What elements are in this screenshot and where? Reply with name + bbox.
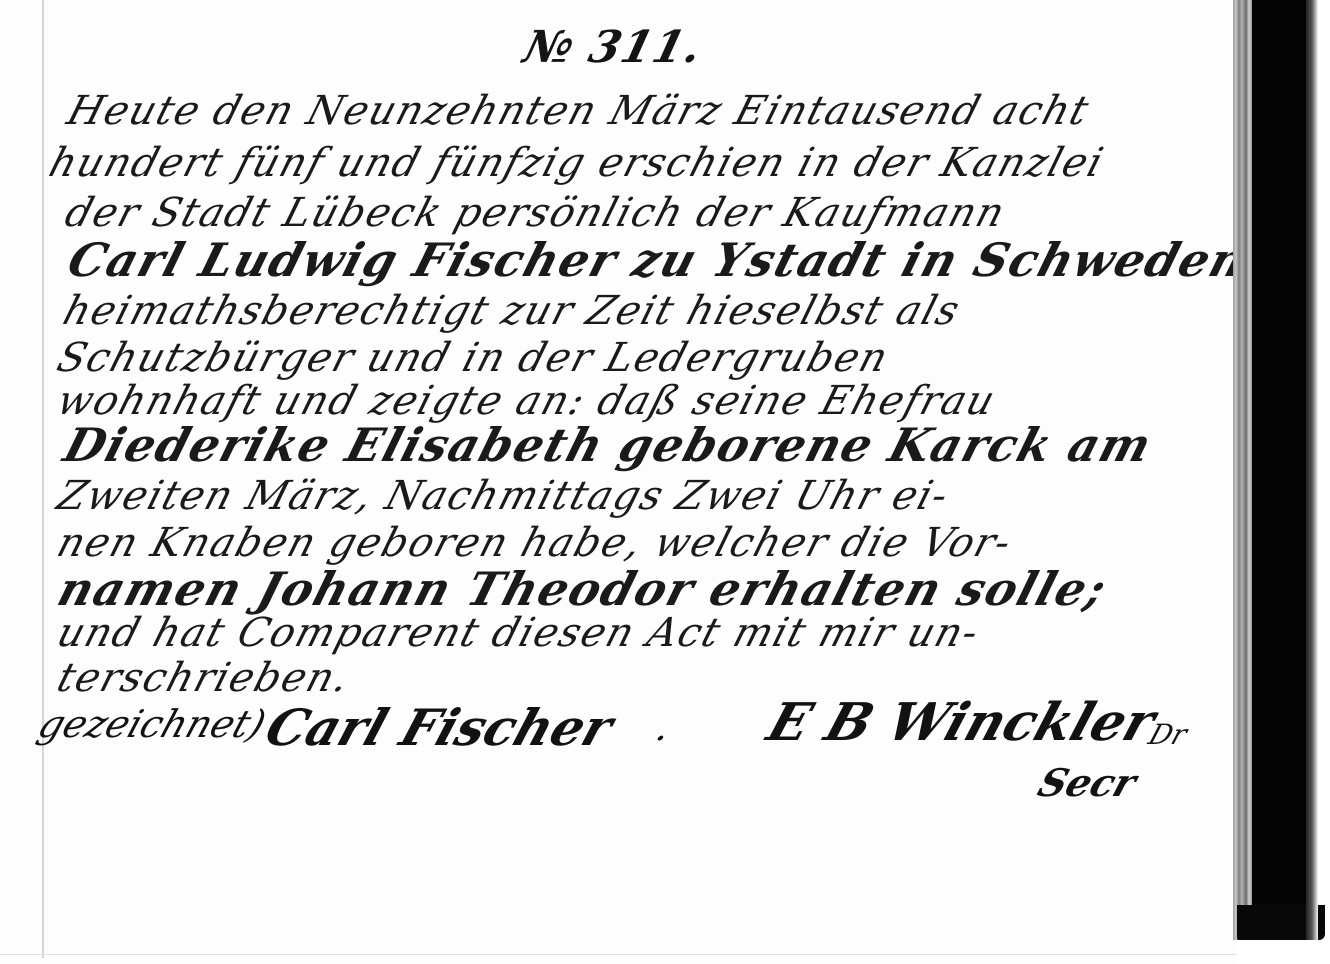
book-binding-edge (1306, 0, 1318, 940)
declarant-signature-dot: . (651, 705, 677, 749)
text-line-5: heimathsberechtigt zur Zeit hieselbst al… (58, 288, 966, 334)
margin-rule (42, 0, 44, 958)
text-line-2: hundert fünf und fünfzig erschien in der… (44, 140, 1109, 186)
page-gutter (1233, 0, 1253, 940)
text-line-6: Schutzbürger und in der Ledergruben (52, 335, 894, 381)
bottom-rule (0, 954, 1236, 955)
text-line-1: Heute den Neunzehnten März Eintausend ac… (62, 88, 1095, 134)
text-line-10: nen Knaben geboren habe, welcher die Vor… (52, 520, 1018, 566)
text-line-8: Diederike Elisabeth geborene Karck am (58, 418, 1159, 472)
text-line-3: der Stadt Lübeck persönlich der Kaufmann (60, 190, 1011, 236)
declarant-signature: Carl Fischer (258, 698, 620, 757)
text-line-12: und hat Comparent diesen Act mit mir un- (52, 610, 985, 656)
registrar-signature: E B Winckler (760, 692, 1163, 753)
signed-label: gezeichnet) (33, 702, 272, 746)
document-page: № 311. Heute den Neunzehnten März Eintau… (0, 0, 1236, 964)
text-line-4: Carl Ludwig Fischer zu Ystadt in Schwede… (62, 233, 1253, 287)
text-line-9: Zweiten März, Nachmittags Zwei Uhr ei- (52, 473, 954, 519)
text-line-11: namen Johann Theodor erhalten solle; (52, 562, 1113, 616)
entry-number: № 311. (519, 22, 708, 73)
text-line-13: terschrieben. (52, 655, 356, 701)
registrar-title: Secr (1033, 760, 1142, 805)
book-binding (1252, 0, 1308, 940)
